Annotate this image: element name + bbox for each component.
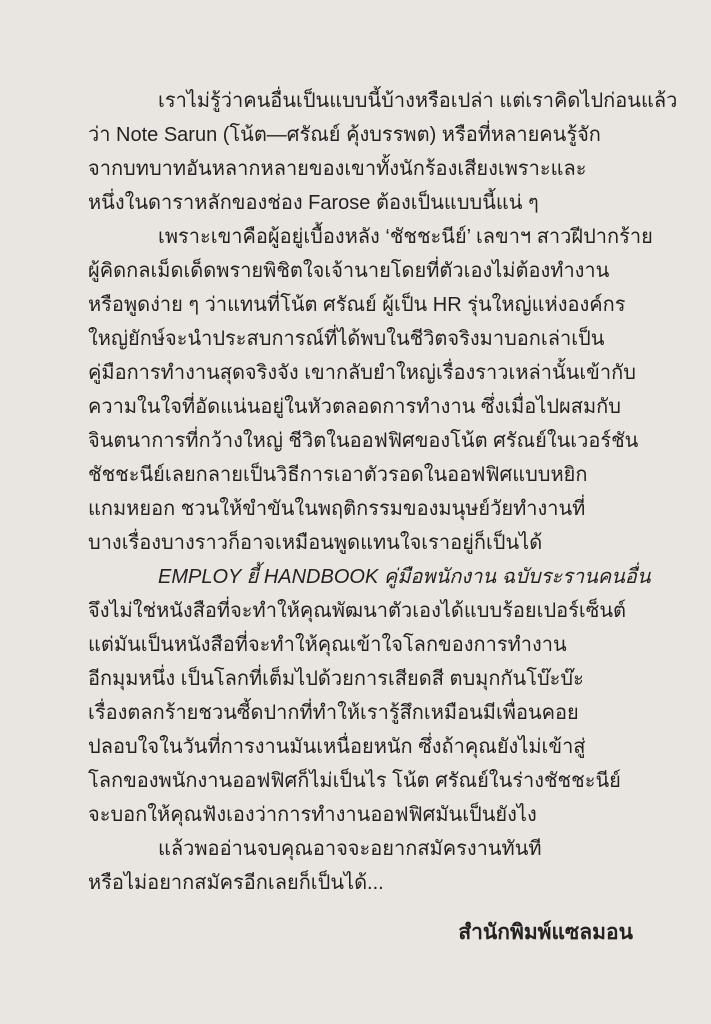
text-line: เรื่องตลกร้ายชวนซี้ดปากที่ทำให้เรารู้สึก… (88, 696, 633, 730)
text-line: ใหญ่ยักษ์จะนำประสบการณ์ที่ได้พบในชีวิตจร… (88, 322, 633, 356)
text-line: แล้วพออ่านจบคุณอาจจะอยากสมัครงานทันที (88, 832, 633, 866)
text-line: ความในใจที่อัดแน่นอยู่ในหัวตลอดการทำงาน … (88, 390, 633, 424)
text-line: บางเรื่องบางราวก็อาจเหมือนพูดแทนใจเราอยู… (88, 526, 633, 560)
text-line: ปลอบใจในวันที่การงานมันเหนื่อยหนัก ซึ่งถ… (88, 730, 633, 764)
text-line: หนึ่งในดาราหลักของช่อง Farose ต้องเป็นแบ… (88, 186, 633, 220)
text-line: EMPLOY ยี้ HANDBOOK คู่มือพนักงาน ฉบับระ… (88, 560, 633, 594)
text-line: ว่า Note Sarun (โน้ต—ศรัณย์ คุ้งบรรพต) ห… (88, 118, 633, 152)
body-text: เราไม่รู้ว่าคนอื่นเป็นแบบนี้บ้างหรือเปล่… (88, 84, 633, 949)
text-line: จากบทบาทอันหลากหลายของเขาทั้งนักร้องเสีย… (88, 152, 633, 186)
text-line: เราไม่รู้ว่าคนอื่นเป็นแบบนี้บ้างหรือเปล่… (88, 84, 633, 118)
text-line: หรือไม่อยากสมัครอีกเลยก็เป็นได้... (88, 866, 633, 900)
text-line: จินตนาการที่กว้างใหญ่ ชีวิตในออฟฟิศของโน… (88, 424, 633, 458)
text-line: จะบอกให้คุณฟังเองว่าการทำงานออฟฟิศมันเป็… (88, 798, 633, 832)
text-line: อีกมุมหนึ่ง เป็นโลกที่เต็มไปด้วยการเสียด… (88, 662, 633, 696)
text-line: เพราะเขาคือผู้อยู่เบื้องหลัง ‘ชัชชะนีย์’… (88, 220, 633, 254)
text-line: ผู้คิดกลเม็ดเด็ดพรายพิชิตใจเจ้านายโดยที่… (88, 254, 633, 288)
text-line: ชัชชะนีย์เลยกลายเป็นวิธีการเอาตัวรอดในออ… (88, 458, 633, 492)
text-line: จึงไม่ใช่หนังสือที่จะทำให้คุณพัฒนาตัวเอง… (88, 594, 633, 628)
book-page: เราไม่รู้ว่าคนอื่นเป็นแบบนี้บ้างหรือเปล่… (0, 0, 711, 1024)
paragraph-lines: เราไม่รู้ว่าคนอื่นเป็นแบบนี้บ้างหรือเปล่… (88, 84, 633, 900)
text-line: หรือพูดง่าย ๆ ว่าแทนที่โน้ต ศรัณย์ ผู้เป… (88, 288, 633, 322)
publisher-name: สำนักพิมพ์แซลมอน (88, 916, 633, 949)
text-line: คู่มือการทำงานสุดจริงจัง เขากลับยำใหญ่เร… (88, 356, 633, 390)
text-line: โลกของพนักงานออฟฟิศก็ไม่เป็นไร โน้ต ศรัณ… (88, 764, 633, 798)
text-line: แกมหยอก ชวนให้ขำขันในพฤติกรรมของมนุษย์วั… (88, 492, 633, 526)
text-line: แต่มันเป็นหนังสือที่จะทำให้คุณเข้าใจโลกข… (88, 628, 633, 662)
